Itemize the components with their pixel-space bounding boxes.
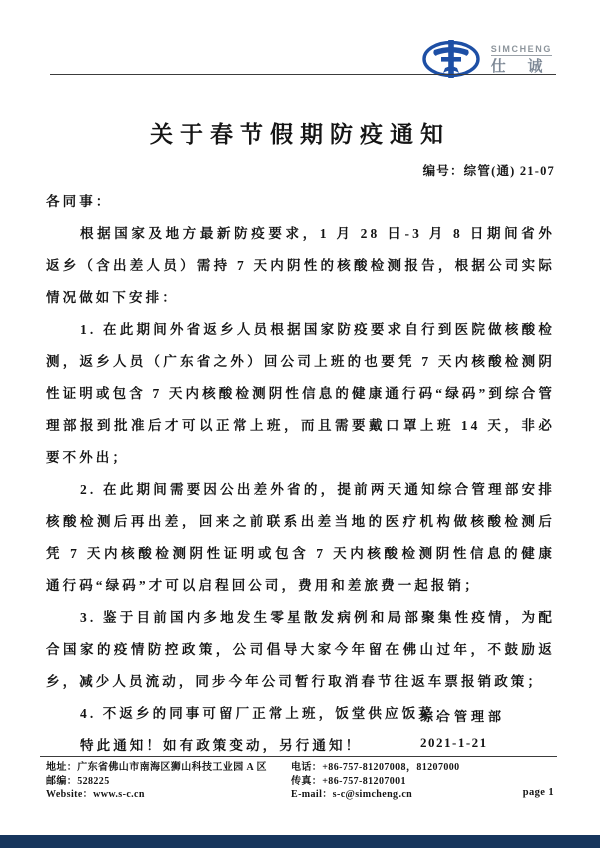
footer-phone: 电话：+86-757-81207008，81207000 <box>291 761 555 775</box>
signature-department: 综合管理部 <box>420 704 505 730</box>
footer-left-column: 地址：广东省佛山市南海区狮山科技工业园 A 区 邮编：528225 Websit… <box>46 761 291 802</box>
document-title: 关于春节假期防疫通知 <box>0 116 600 149</box>
notice-document-page: SIMCHENG 仕 诚 关于春节假期防疫通知 编号：综管(通) 21-07 各… <box>0 0 600 848</box>
paragraph-intro: 根据国家及地方最新防疫要求，1 月 28 日-3 月 8 日期间省外返乡（含出差… <box>46 218 555 314</box>
document-body: 各同事： 根据国家及地方最新防疫要求，1 月 28 日-3 月 8 日期间省外返… <box>46 186 555 762</box>
signature-date: 2021-1-21 <box>420 730 505 756</box>
footer-right-column: 电话：+86-757-81207008，81207000 传真：+86-757-… <box>291 761 555 802</box>
page-number: page 1 <box>523 787 554 798</box>
footer-address: 地址：广东省佛山市南海区狮山科技工业园 A 区 <box>46 761 291 775</box>
footer-website: Website：www.s-c.cn <box>46 788 291 802</box>
brand-name-latin: SIMCHENG <box>491 44 552 56</box>
salutation: 各同事： <box>46 186 555 218</box>
footer-contact-block: 地址：广东省佛山市南海区狮山科技工业园 A 区 邮编：528225 Websit… <box>46 761 555 802</box>
footer-email: E-mail：s-c@simcheng.cn <box>291 788 555 802</box>
paragraph-item-2: 2. 在此期间需要因公出差外省的，提前两天通知综合管理部安排核酸检测后再出差，回… <box>46 474 555 602</box>
paragraph-item-3: 3. 鉴于目前国内多地发生零星散发病例和局部聚集性疫情，为配合国家的疫情防控政策… <box>46 602 555 698</box>
footer-zip: 邮编：528225 <box>46 775 291 789</box>
bottom-accent-bar <box>0 835 600 848</box>
footer-divider <box>40 756 557 757</box>
brand-text: SIMCHENG 仕 诚 <box>491 44 552 75</box>
brand-name-chinese: 仕 诚 <box>491 59 552 75</box>
paragraph-item-1: 1. 在此期间外省返乡人员根据国家防疫要求自行到医院做核酸检测，返乡人员（广东省… <box>46 314 555 474</box>
footer-fax: 传真：+86-757-81207001 <box>291 775 555 789</box>
header-divider <box>50 74 556 75</box>
signature-block: 综合管理部 2021-1-21 <box>420 704 505 756</box>
document-number: 编号：综管(通) 21-07 <box>423 161 555 179</box>
